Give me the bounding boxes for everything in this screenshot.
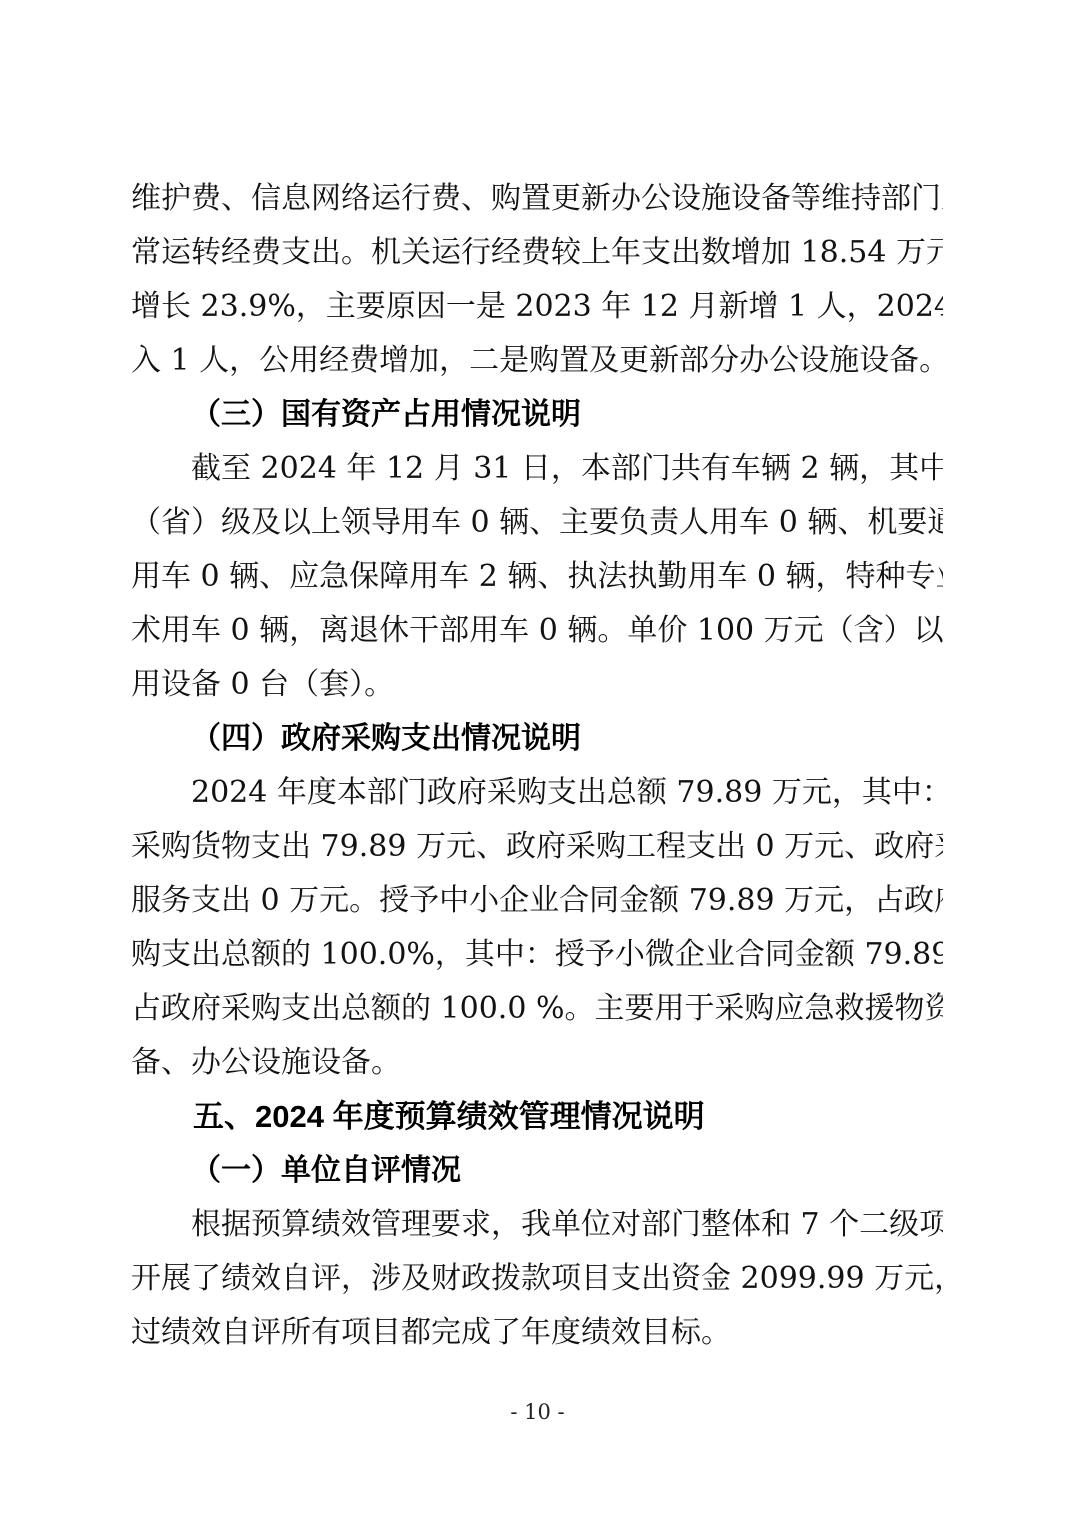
text-line: 2024 年度本部门政府采购支出总额 79.89 万元，其中：政府 xyxy=(131,766,943,820)
text-line: 占政府采购支出总额的 100.0 %。主要用于采购应急救援物资装 xyxy=(131,982,943,1036)
heading-government-procurement: （四）政府采购支出情况说明 xyxy=(131,712,943,766)
document-body: 维护费、信息网络运行费、购置更新办公设施设备等维持部门正 常运转经费支出。机关运… xyxy=(131,172,943,1360)
page-number: - 10 - xyxy=(0,1398,1075,1426)
text-line: 根据预算绩效管理要求，我单位对部门整体和 7 个二级项目 xyxy=(131,1198,943,1252)
paragraph-self-evaluation: 根据预算绩效管理要求，我单位对部门整体和 7 个二级项目 开展了绩效自评，涉及财… xyxy=(131,1198,943,1360)
text-line: （省）级及以上领导用车 0 辆、主要负责人用车 0 辆、机要通信 xyxy=(131,496,943,550)
text-line: 常运转经费支出。机关运行经费较上年支出数增加 18.54 万元， xyxy=(131,226,943,280)
text-line: 截至 2024 年 12 月 31 日，本部门共有车辆 2 辆，其中，副部 xyxy=(131,442,943,496)
text-line: 术用车 0 辆，离退休干部用车 0 辆。单价 100 万元（含）以上专 xyxy=(131,604,943,658)
heading-self-evaluation: （一）单位自评情况 xyxy=(131,1144,943,1198)
heading-state-assets: （三）国有资产占用情况说明 xyxy=(131,388,943,442)
text-line: 采购货物支出 79.89 万元、政府采购工程支出 0 万元、政府采购 xyxy=(131,820,943,874)
text-line: 备、办公设施设备。 xyxy=(131,1036,943,1090)
text-line: 增长 23.9%，主要原因一是 2023 年 12 月新增 1 人，2024 年… xyxy=(131,280,943,334)
heading-section-five-performance-management: 五、2024 年度预算绩效管理情况说明 xyxy=(131,1090,943,1144)
paragraph-agency-operating-expenses: 维护费、信息网络运行费、购置更新办公设施设备等维持部门正 常运转经费支出。机关运… xyxy=(131,172,943,388)
text-line: 用设备 0 台（套）。 xyxy=(131,658,943,712)
paragraph-government-procurement: 2024 年度本部门政府采购支出总额 79.89 万元，其中：政府 采购货物支出… xyxy=(131,766,943,1090)
text-line: 服务支出 0 万元。授予中小企业合同金额 79.89 万元，占政府采 xyxy=(131,874,943,928)
text-line: 开展了绩效自评，涉及财政拨款项目支出资金 2099.99 万元，通 xyxy=(131,1252,943,1306)
paragraph-state-assets: 截至 2024 年 12 月 31 日，本部门共有车辆 2 辆，其中，副部 （省… xyxy=(131,442,943,712)
text-line: 入 1 人，公用经费增加，二是购置及更新部分办公设施设备。 xyxy=(131,334,943,388)
text-line: 购支出总额的 100.0%，其中：授予小微企业合同金额 79.89 万元， xyxy=(131,928,943,982)
text-line: 维护费、信息网络运行费、购置更新办公设施设备等维持部门正 xyxy=(131,172,943,226)
document-page: 维护费、信息网络运行费、购置更新办公设施设备等维持部门正 常运转经费支出。机关运… xyxy=(0,0,1075,1520)
text-line: 用车 0 辆、应急保障用车 2 辆、执法执勤用车 0 辆，特种专业技 xyxy=(131,550,943,604)
text-line: 过绩效自评所有项目都完成了年度绩效目标。 xyxy=(131,1306,943,1360)
